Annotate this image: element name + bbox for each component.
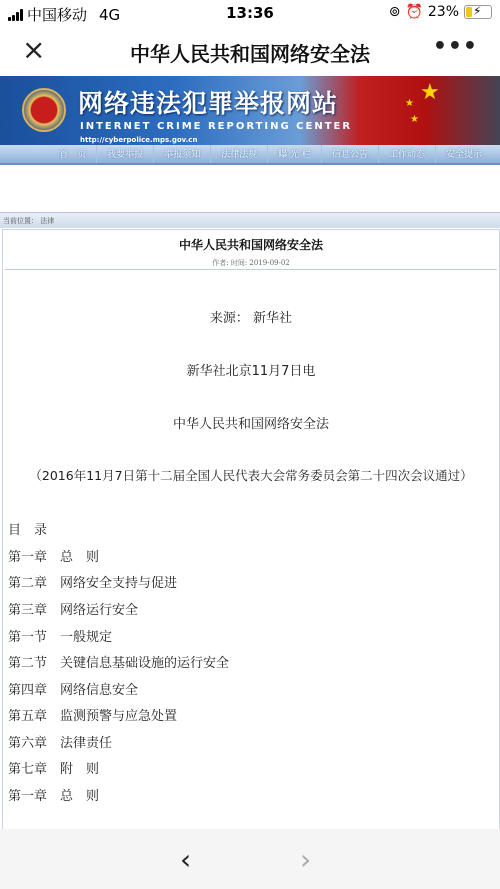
toc-heading: 目 录	[8, 519, 47, 538]
toc-item: 第五章 监测预警与应急处置	[8, 705, 177, 724]
breadcrumb: 当前位置： 法律	[0, 212, 500, 228]
menu-item-report[interactable]: 我要举报	[96, 145, 153, 163]
nav-bar: × 中华人民共和国网络安全法 •••	[0, 26, 500, 76]
status-right: ⊚ ⏰ 23% ⚡	[389, 4, 492, 20]
toc-item: 第三章 网络运行安全	[8, 599, 138, 618]
flag-star-icon: ★	[410, 114, 419, 125]
flag-star-icon: ★	[405, 98, 414, 109]
toc-item: 第四章 网络信息安全	[8, 679, 138, 698]
page-title: 中华人民共和国网络安全法	[0, 38, 500, 67]
article-dateline: 新华社北京11月7日电	[3, 360, 499, 379]
article-meta: 作者: 时间: 2019-09-02	[3, 258, 499, 268]
adoption-note: （2016年11月7日第十二届全国人民代表大会常务委员会第二十四次会议通过）	[3, 466, 499, 484]
toc-item: 第六章 法律责任	[8, 732, 112, 751]
menu-item-report-guide[interactable]: 举报须知	[153, 145, 210, 163]
article: 中华人民共和国网络安全法 作者: 时间: 2019-09-02 来源： 新华社 …	[2, 229, 500, 831]
battery-percent: 23%	[428, 4, 459, 20]
menu-item-news[interactable]: 工作动态	[378, 145, 435, 163]
police-emblem-icon	[22, 88, 66, 132]
browser-toolbar: ‹ ›	[0, 829, 500, 889]
menu-item-security-tips[interactable]: 安全提示	[435, 145, 492, 163]
more-options-icon[interactable]: •••	[433, 34, 478, 59]
forward-arrow-icon[interactable]: ›	[300, 843, 311, 876]
flag-star-icon: ★	[420, 80, 440, 105]
menu-item-laws[interactable]: 法律法规	[210, 145, 267, 163]
law-title: 中华人民共和国网络安全法	[3, 413, 499, 432]
orientation-lock-icon: ⊚	[389, 4, 401, 20]
toc-item: 第一章 总 则	[8, 546, 99, 565]
menu-item-announcements[interactable]: 信息公告	[321, 145, 378, 163]
toc-item: 第二节 关键信息基础设施的运行安全	[8, 652, 229, 671]
divider	[5, 269, 497, 270]
back-arrow-icon[interactable]: ‹	[180, 843, 191, 876]
article-source: 来源： 新华社	[3, 307, 499, 326]
banner-title-cn: 网络违法犯罪举报网站	[78, 84, 338, 120]
menu-item-home[interactable]: 首 页	[49, 145, 96, 163]
battery-icon: ⚡	[464, 5, 492, 19]
toc-item: 第二章 网络安全支持与促进	[8, 572, 177, 591]
toc-item: 第七章 附 则	[8, 758, 99, 777]
menu-item-exposure[interactable]: 曝 光 栏	[267, 145, 321, 163]
banner-url: http://cyberpolice.mps.gov.cn	[80, 136, 197, 144]
site-banner: 网络违法犯罪举报网站 INTERNET CRIME REPORTING CENT…	[0, 76, 500, 145]
banner-title-en: INTERNET CRIME REPORTING CENTER	[80, 121, 352, 132]
status-bar: 中国移动 4G 13:36 ⊚ ⏰ 23% ⚡	[0, 0, 500, 26]
toc-item: 第一节 一般规定	[8, 626, 112, 645]
alarm-icon: ⏰	[405, 4, 422, 20]
site-menu: 首 页 我要举报 举报须知 法律法规 曝 光 栏 信息公告 工作动态 安全提示	[0, 145, 500, 165]
article-title: 中华人民共和国网络安全法	[3, 236, 499, 253]
chapter-heading: 第一章 总 则	[8, 785, 99, 804]
